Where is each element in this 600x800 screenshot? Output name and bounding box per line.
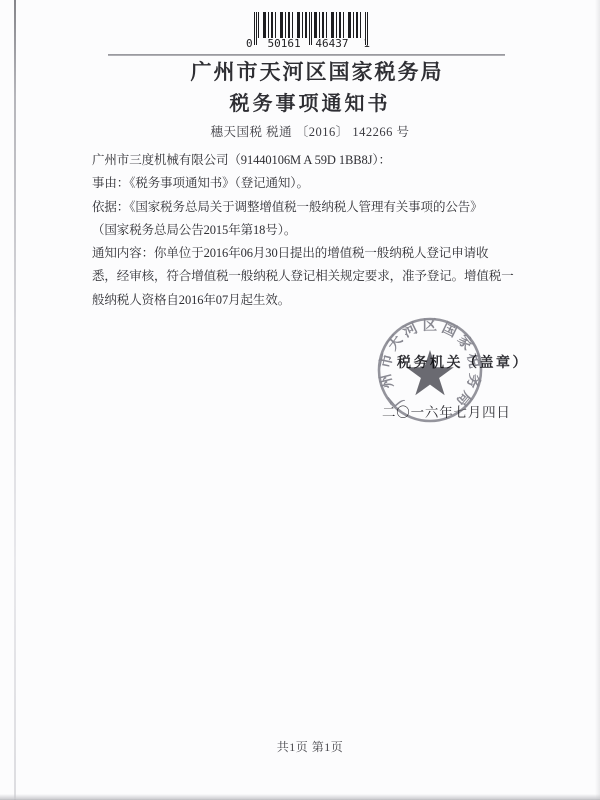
document-title: 税务事项通知书 bbox=[20, 93, 600, 116]
paper-bottom-edge-shadow bbox=[0, 794, 600, 800]
document-number: 穗天国税 税通 〔2016〕 142266 号 bbox=[20, 124, 600, 140]
seal-star-icon bbox=[406, 350, 454, 395]
page-footer-pagination: 共1页 第1页 bbox=[20, 738, 600, 755]
barcode-bars bbox=[254, 12, 368, 38]
content-line-1: 通知内容：你单位于2016年06月30日提出的增值税一般纳税人登记申请收 bbox=[92, 242, 512, 265]
barcode-guard-middle bbox=[309, 12, 312, 45]
document-barcode: 0 50161 46437 1 bbox=[245, 12, 371, 50]
content-line-3: 般纳税人资格自2016年07月起生效。 bbox=[92, 289, 512, 312]
barcode-guard-left bbox=[254, 12, 257, 45]
paper-left-edge-shadow bbox=[14, 0, 16, 800]
barcode-group-a: 50161 bbox=[266, 37, 301, 50]
scanned-tax-notice-page: 0 50161 46437 1 广州市天河区国家税务局 税务事项通知书 穗天国税… bbox=[0, 0, 600, 800]
subject-line: 事由：《税务事项通知书》（登记通知）。 bbox=[92, 172, 512, 195]
issuing-authority-title: 广州市天河区国家税务局 bbox=[34, 60, 600, 84]
barcode-left-digit: 0 bbox=[245, 37, 254, 50]
barcode-group-b: 46437 bbox=[314, 37, 349, 50]
content-line-2: 悉，经审核，符合增值税一般纳税人登记相关规定要求，准予登记。增值税一 bbox=[92, 265, 512, 288]
document-header: 广州市天河区国家税务局 税务事项通知书 穗天国税 税通 〔2016〕 14226… bbox=[20, 60, 600, 140]
basis-line-1: 依据：《国家税务总局关于调整增值税一般纳税人管理有关事项的公告》 bbox=[92, 196, 512, 219]
recipient-line: 广州市三度机械有限公司（91440106M A 59D 1BB8J）： bbox=[92, 149, 512, 172]
barcode-digits: 0 50161 46437 1 bbox=[245, 37, 371, 50]
basis-line-2: （国家税务总局公告2015年第18号）。 bbox=[92, 219, 512, 242]
barcode-guard-right bbox=[365, 12, 368, 45]
notice-body: 广州市三度机械有限公司（91440106M A 59D 1BB8J）： 事由：《… bbox=[92, 149, 512, 312]
header-divider-line bbox=[108, 54, 505, 56]
seal-date: 二〇一六年七月四日 bbox=[382, 401, 511, 421]
